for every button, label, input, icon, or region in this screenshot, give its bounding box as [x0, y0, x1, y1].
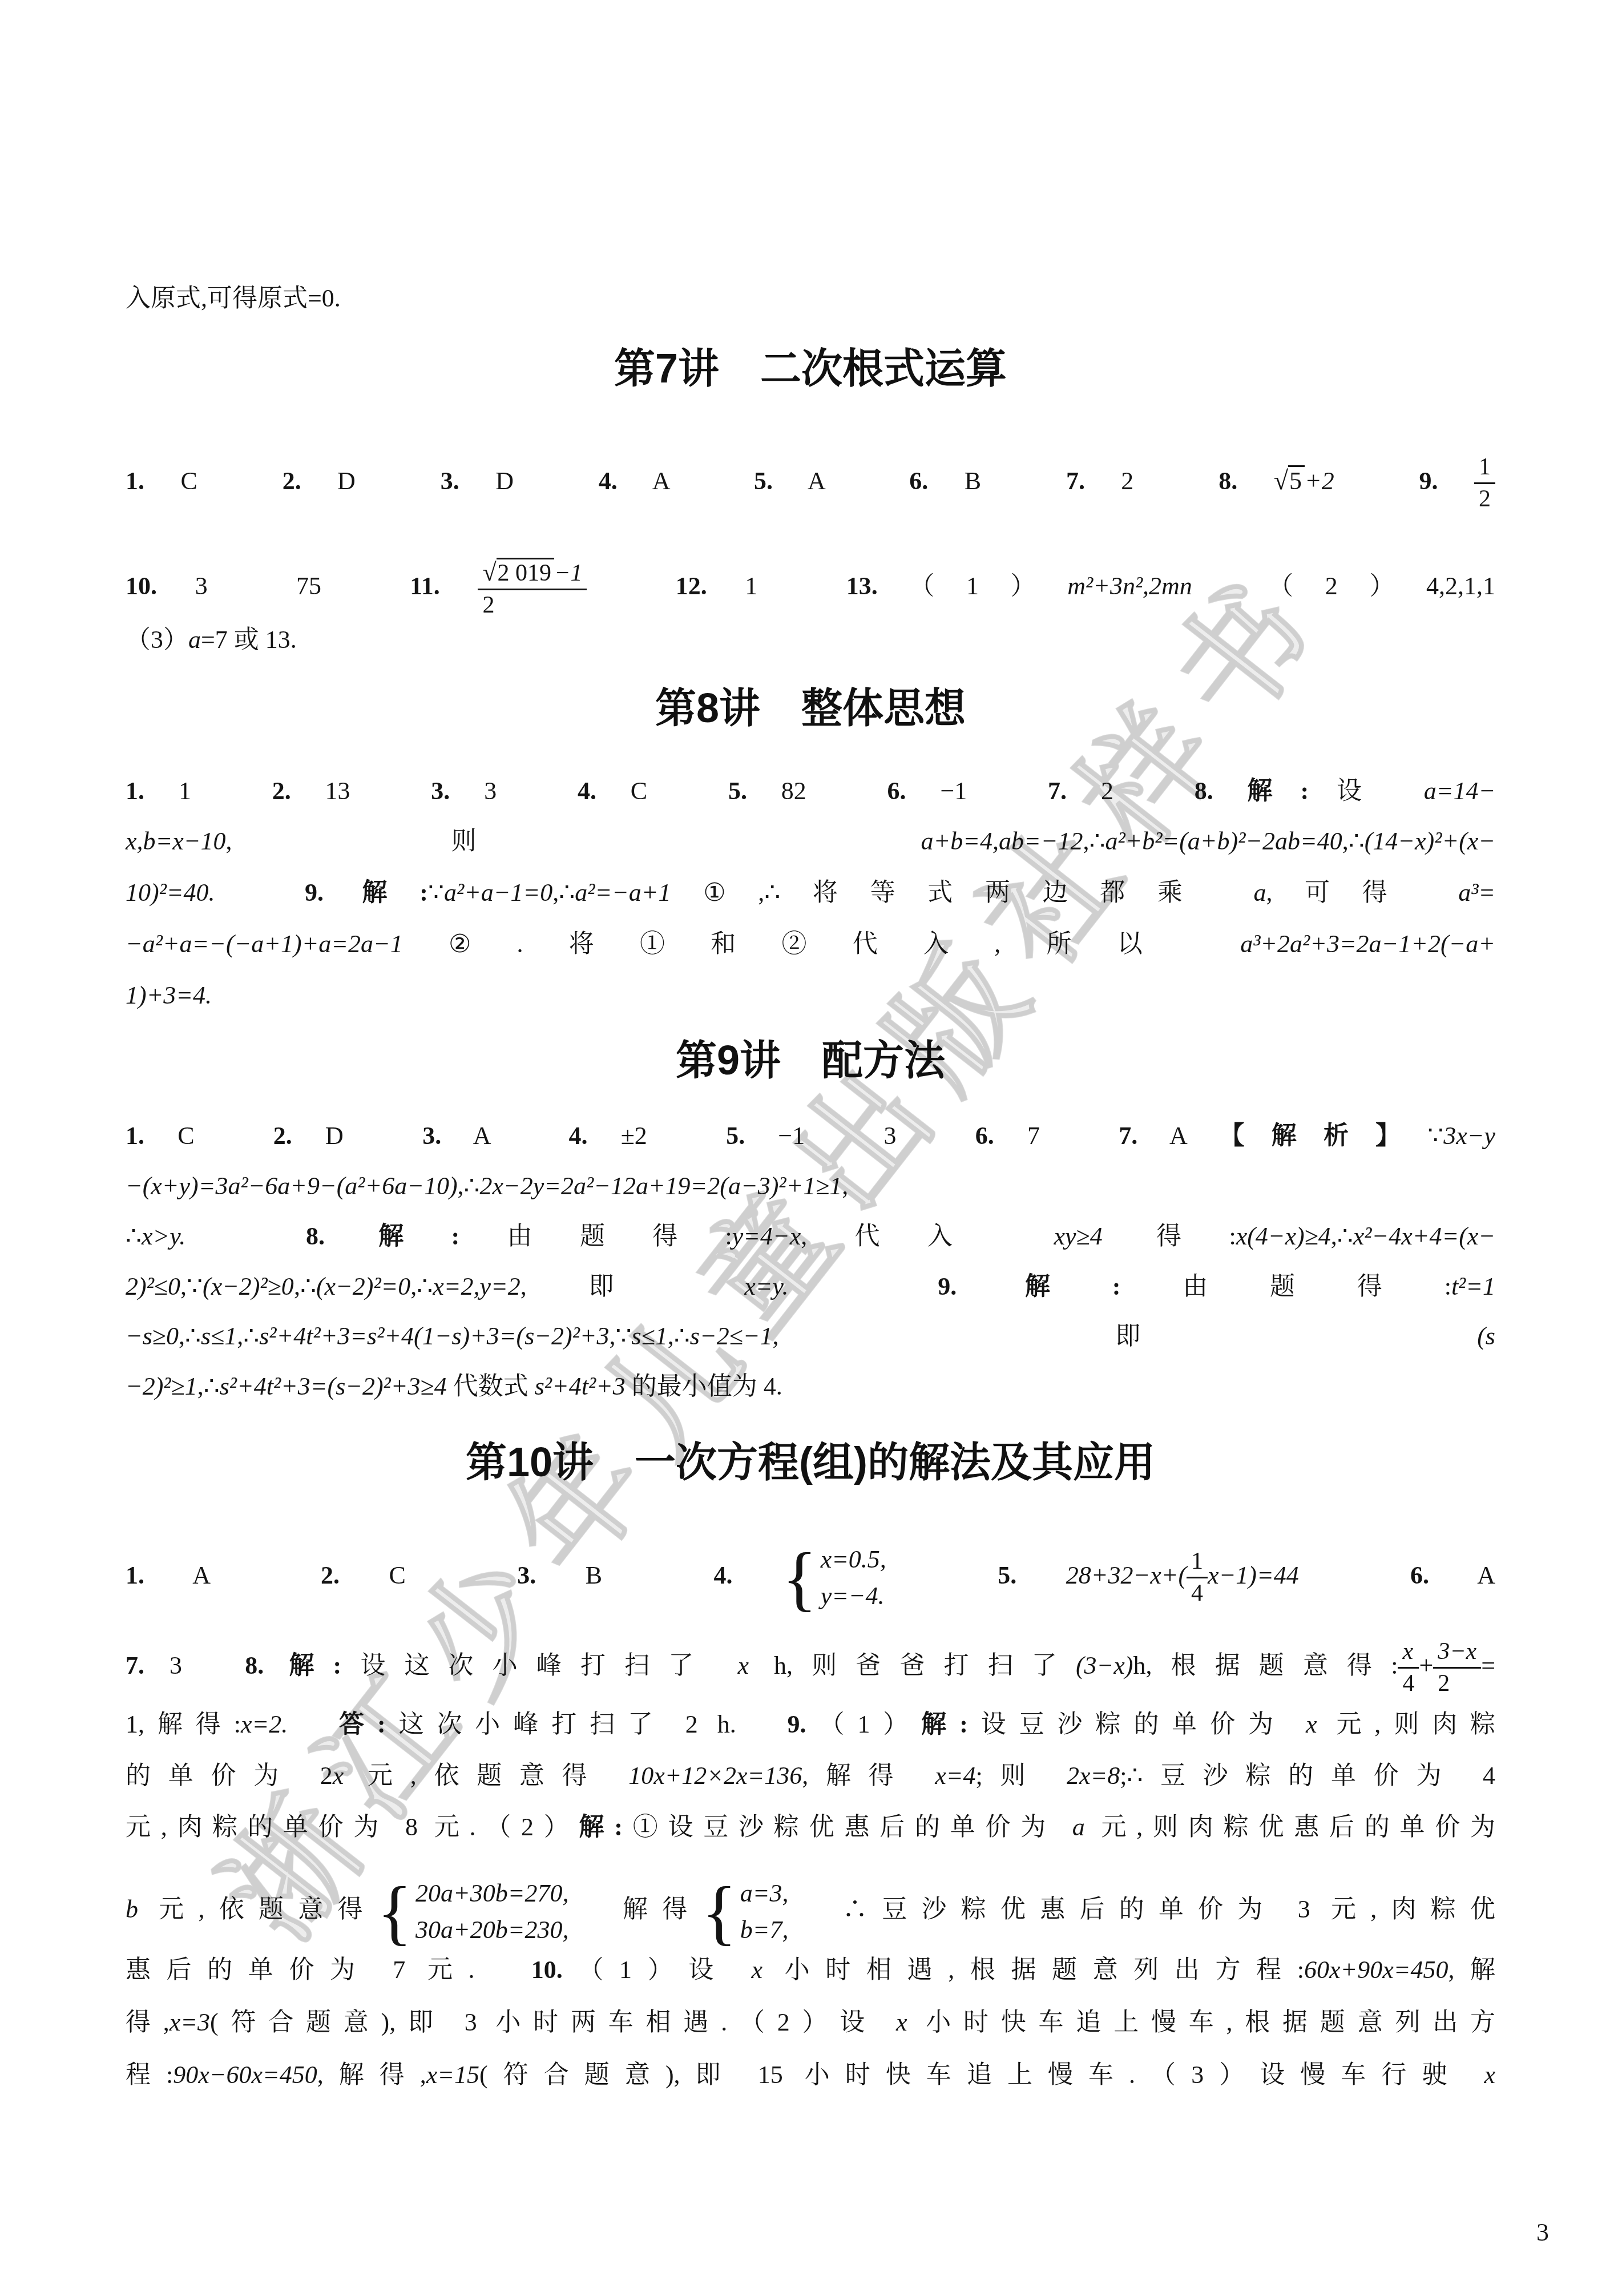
text-segment: +	[1419, 1651, 1433, 1679]
math-segment: a+b=4,ab=−12	[921, 827, 1083, 855]
text-segment	[288, 1710, 339, 1738]
text-segment	[789, 1272, 938, 1300]
math-segment: x	[896, 2008, 907, 2036]
math-segment: (3−x)	[1076, 1651, 1133, 1679]
math-segment: +2	[1305, 467, 1334, 495]
text-segment: 13	[291, 777, 431, 805]
text-segment	[957, 1272, 1025, 1300]
system-row: x=0.5,	[821, 1541, 886, 1578]
text-segment: 1	[144, 777, 272, 805]
text-segment: ±2	[588, 1122, 727, 1150]
text-line: （3）a=7 或 13.	[126, 622, 1495, 658]
bold-label: 3.	[441, 467, 459, 495]
text-line: b 元,依题意得{20a+30b=270,30a+20b=230, 解得{a=3…	[126, 1875, 1495, 1948]
text-line: 2)²≤0,∵(x−2)²≥0,∴(x−2)²=0,∴x=2,y=2,即 x=y…	[126, 1269, 1495, 1304]
system-rows: a=3,b=7,	[740, 1875, 789, 1948]
text-segment: D	[292, 1122, 422, 1150]
bold-label: 解:	[1025, 1272, 1120, 1300]
math-segment: x	[737, 1651, 749, 1679]
math-segment: −2)²≥1	[126, 1372, 197, 1400]
math-segment: x	[1484, 2061, 1495, 2089]
text-segment: 元,则肉粽	[1317, 1710, 1495, 1738]
math-segment: m²+3n²,2mn	[1067, 572, 1192, 600]
math-segment: a²+b²=(a+b)²−2ab=40	[1105, 827, 1342, 855]
bold-label: 6.	[909, 467, 928, 495]
fraction-denominator: 4	[1398, 1669, 1419, 1697]
math-segment: (x−2)²=0	[316, 1272, 410, 1300]
text-segment: ②.将①和②代入,所以	[403, 930, 1240, 958]
math-segment: x=y.	[744, 1272, 788, 1300]
text-line: 1. C 2. D 3. A 4. ±2 5. −1 3 6. 7 7. A 【…	[126, 1118, 1495, 1154]
bold-label: 解:	[579, 1813, 623, 1841]
text-segment: (符合题意),即 15 小时快车追上慢车.（3）设慢车行驶	[479, 2061, 1484, 2089]
text-segment: ;则	[975, 1762, 1066, 1790]
text-segment: 这次小峰打扫了 2 h.	[386, 1710, 788, 1738]
bold-label: 2.	[273, 1122, 292, 1150]
bold-label: 解:	[362, 879, 428, 907]
fraction: 12	[1474, 454, 1495, 513]
text-segment: 1	[1479, 454, 1491, 480]
equation-system: {x=0.5,y=−4.	[782, 1541, 886, 1614]
bold-label: 【解析】	[1220, 1122, 1428, 1150]
math-segment: a²=−a+1	[575, 879, 671, 907]
bold-label: 8.	[1218, 467, 1237, 495]
text-segment: 代数式	[447, 1372, 535, 1400]
math-segment: 1)+3=4.	[126, 981, 212, 1009]
math-segment: x	[1306, 1710, 1317, 1738]
math-segment: 28+32−x+(	[1066, 1561, 1187, 1589]
bold-label: 7.	[1048, 777, 1067, 805]
system-rows: x=0.5,y=−4.	[821, 1541, 886, 1614]
text-segment: ,代入	[801, 1222, 1054, 1250]
math-segment: x>y.	[142, 1222, 185, 1250]
text-segment	[324, 879, 362, 907]
text-segment: A	[1137, 1122, 1219, 1150]
fraction: x4	[1398, 1638, 1419, 1697]
text-segment: ,	[842, 1172, 848, 1200]
text-segment: （1）	[806, 1710, 922, 1738]
text-segment: ,即	[773, 1322, 1478, 1350]
left-brace-icon: {	[782, 1549, 817, 1607]
text-segment: ,∴	[197, 1372, 220, 1400]
text-segment: 入原式,可得原式=0.	[126, 284, 341, 312]
text-line: 元,肉粽的单价为 8 元.（2）解:①设豆沙粽优惠后的单价为 a 元,则肉粽优惠…	[126, 1810, 1495, 1845]
text-segment: A	[618, 467, 754, 495]
bold-label: 9.	[1419, 467, 1438, 495]
math-segment: a³+2a²+3=2a−1+2(−a+	[1240, 930, 1495, 958]
fraction-numerator: 3−x	[1433, 1638, 1481, 1669]
text-segment: ,∴	[237, 1322, 259, 1350]
math-segment: x(4−x)≥4	[1236, 1222, 1331, 1250]
math-segment: a	[188, 626, 201, 654]
math-segment: s≤1	[632, 1322, 668, 1350]
text-segment: ,∴	[1342, 827, 1365, 855]
text-segment: ∵	[1427, 1122, 1443, 1150]
text-segment: 4	[1402, 1670, 1414, 1697]
bold-label: 8.	[306, 1222, 325, 1250]
text-segment	[587, 572, 675, 600]
sqrt-radical: √2 019	[482, 560, 554, 586]
text-line: 1)+3=4.	[126, 978, 1495, 1013]
bold-label: 解:	[1248, 777, 1309, 805]
section-heading: 第9讲 配方法	[126, 1034, 1495, 1087]
system-row: y=−4.	[821, 1578, 886, 1614]
system-row: 20a+30b=270,	[415, 1875, 568, 1912]
text-segment: 7	[994, 1122, 1119, 1150]
text-segment: ,∴	[294, 1272, 316, 1300]
bold-label: 8.	[245, 1651, 264, 1679]
text-line: 1. 1 2. 13 3. 3 4. C 5. 82 6. −1 7. 2 8.…	[126, 774, 1495, 809]
system-row: a=3,	[740, 1875, 789, 1912]
math-segment: b	[126, 1895, 138, 1923]
text-line: 惠后的单价为 7 元. 10.（1）设 x 小时相遇,根据题意列出方程:60x+…	[126, 1952, 1495, 1988]
text-segment: （3）	[126, 626, 188, 654]
section-heading: 第8讲 整体思想	[126, 682, 1495, 735]
system-row: b=7,	[740, 1912, 789, 1948]
text-line: −(x+y)=3a²−6a+9−(a²+6a−10),∴2x−2y=2a²−12…	[126, 1169, 1495, 1204]
text-segment: ,解得,	[317, 2061, 426, 2089]
text-segment: h,则爸爸打扫了	[749, 1651, 1076, 1679]
text-segment: ,∴	[552, 879, 575, 907]
radical-sign-icon: √	[482, 558, 496, 586]
math-segment: a=14−	[1424, 777, 1495, 805]
text-segment: （1）	[878, 572, 1068, 600]
text-line: ∴x>y. 8. 解:由题得:y=4−x,代入 xy≥4 得:x(4−x)≥4,…	[126, 1219, 1495, 1254]
math-segment: x=2,y=2	[433, 1272, 520, 1300]
text-line: −s≥0,∴s≤1,∴s²+4t²+3=s²+4(1−s)+3=(s−2)²+3…	[126, 1319, 1495, 1354]
radicand: 2 019	[497, 558, 555, 587]
text-segment: 2	[1479, 486, 1491, 512]
math-segment: (x−2)²≥0	[203, 1272, 294, 1300]
text-segment: ,∴	[668, 1322, 690, 1350]
math-segment: 3−x	[1438, 1638, 1476, 1665]
math-segment: s²+4t²+3=(s−2)²+3≥4	[220, 1372, 447, 1400]
text-segment	[1334, 467, 1419, 495]
bold-label: 5.	[726, 1122, 745, 1150]
text-segment: 解得	[568, 1895, 701, 1923]
text-segment: 元,依题意得	[344, 1762, 628, 1790]
text-segment	[886, 1561, 998, 1589]
math-segment: y=−4.	[821, 1582, 885, 1610]
math-segment: y=4−x	[732, 1222, 801, 1250]
math-segment: x=2.	[241, 1710, 288, 1738]
text-segment: （1）设	[563, 1956, 752, 1984]
text-segment: ,即	[521, 1272, 744, 1300]
text-segment	[1213, 777, 1248, 805]
math-segment: −1	[554, 560, 582, 586]
text-segment: ∴	[126, 1222, 142, 1250]
text-segment: 设	[1309, 777, 1424, 805]
bold-label: 11.	[410, 572, 440, 600]
bold-label: 9.	[305, 879, 324, 907]
math-segment: s²+4t²+3	[535, 1372, 626, 1400]
text-line: 得,x=3(符合题意),即 3 小时两车相遇.（2）设 x 小时快车追上慢车,根…	[126, 2005, 1495, 2040]
bold-label: 6.	[1410, 1561, 1429, 1589]
fraction-numerator: 1	[1474, 454, 1495, 484]
math-segment: x	[752, 1956, 763, 1984]
radical-sign-icon: √	[1274, 466, 1288, 495]
text-segment: ∵	[428, 879, 444, 907]
text-segment: A	[1429, 1561, 1495, 1589]
text-segment	[215, 879, 305, 907]
math-segment: 2x−2y=2a²−12a+19=2(a−3)²+1≥1	[480, 1172, 842, 1200]
text-segment: ,解得	[802, 1762, 935, 1790]
bold-label: 2.	[283, 467, 301, 495]
text-segment	[1237, 467, 1273, 495]
bold-label: 3.	[517, 1561, 536, 1589]
text-segment: D	[459, 467, 599, 495]
text-segment: C	[144, 1122, 273, 1150]
text-segment: 4	[1191, 1580, 1203, 1606]
text-segment: =7 或 13.	[201, 626, 297, 654]
bold-label: 1.	[126, 777, 144, 805]
text-segment: 1	[707, 572, 846, 600]
bold-label: 12.	[676, 572, 707, 600]
text-segment	[264, 1651, 289, 1679]
bold-label: 4.	[714, 1561, 733, 1589]
text-segment: =	[1481, 1651, 1495, 1679]
text-segment: B	[928, 467, 1066, 495]
text-line: 1,解得:x=2. 答:这次小峰打扫了 2 h. 9.（1）解:设豆沙粽的单价为…	[126, 1707, 1495, 1742]
text-segment: 设豆沙粽的单价为	[968, 1710, 1306, 1738]
text-segment	[185, 1222, 306, 1250]
text-segment: 2	[1438, 1670, 1450, 1697]
math-segment: −s≥0	[126, 1322, 179, 1350]
answer-key-page: 浙江少年儿童出版社样书 入原式,可得原式=0.第7讲 二次根式运算1. C 2.…	[0, 0, 1622, 2296]
text-segment: 得,	[126, 2008, 170, 2036]
bold-label: 1.	[126, 1561, 144, 1589]
math-segment: (s	[1477, 1322, 1495, 1350]
text-segment	[1299, 1561, 1410, 1589]
text-segment: 2	[482, 592, 494, 618]
math-segment: x−1)=44	[1208, 1561, 1299, 1589]
math-segment: 20a+30b=270,	[415, 1879, 568, 1907]
fraction-numerator: √2 019−1	[478, 558, 587, 590]
math-segment: x	[333, 1762, 344, 1790]
text-segment: (符合题意),即 3 小时两车相遇.（2）设	[210, 2008, 896, 2036]
math-segment: b=7,	[740, 1916, 789, 1944]
math-segment: 2)²≤0	[126, 1272, 180, 1300]
bold-label: 1.	[126, 467, 144, 495]
math-segment: −a²+a=−(−a+1)+a=2a−1	[126, 930, 403, 958]
bold-label: 5.	[998, 1561, 1016, 1589]
bold-label: 8.	[1195, 777, 1213, 805]
text-line: −a²+a=−(−a+1)+a=2a−1②.将①和②代入,所以 a³+2a²+3…	[126, 927, 1495, 962]
text-segment: 元,肉粽的单价为 8 元.（2）	[126, 1813, 579, 1841]
sqrt-radical: √5	[1274, 467, 1305, 495]
math-segment: 90x−60x=450	[173, 2061, 317, 2089]
text-segment: C	[340, 1561, 517, 1589]
text-segment: 惠后的单价为 7 元.	[126, 1956, 531, 1984]
bold-label: 3.	[431, 777, 450, 805]
text-segment: ①,∴将等式两边都乘	[671, 879, 1253, 907]
text-segment: 小时快车追上慢车,根据题意列出方	[907, 2008, 1495, 2036]
bold-label: 4.	[599, 467, 618, 495]
text-line: 1. A 2. C 3. B 4. {x=0.5,y=−4. 5. 28+32−…	[126, 1541, 1495, 1614]
section-heading: 第7讲 二次根式运算	[126, 343, 1495, 395]
text-segment: 3 75	[157, 572, 410, 600]
math-segment: x,b=x−10	[126, 827, 225, 855]
fraction-numerator: x	[1398, 1638, 1419, 1669]
math-segment: a	[1253, 879, 1266, 907]
text-segment: ,∴	[179, 1322, 201, 1350]
math-segment: 60x+90x=450	[1304, 1956, 1448, 1984]
fraction-denominator: 2	[478, 590, 587, 619]
text-segment: C	[144, 467, 283, 495]
text-segment: （2）4,2,1,1	[1192, 572, 1495, 600]
left-brace-icon: {	[377, 1883, 412, 1941]
math-segment: x=15	[426, 2061, 479, 2089]
text-segment: D	[301, 467, 441, 495]
text-segment: 3	[450, 777, 578, 805]
text-segment: ,∴	[1083, 827, 1105, 855]
text-segment: 由题得:	[459, 1222, 732, 1250]
text-segment: 2	[1085, 467, 1218, 495]
math-segment: 10)²=40.	[126, 879, 215, 907]
text-segment: A	[773, 467, 909, 495]
bold-label: 7.	[126, 1651, 144, 1679]
text-segment: ,可得	[1266, 879, 1458, 907]
math-segment: 3x−y	[1443, 1122, 1495, 1150]
page-number: 3	[1536, 2218, 1549, 2247]
math-segment: x=0.5,	[821, 1545, 886, 1573]
text-segment: ,∵	[180, 1272, 203, 1300]
text-segment: ∴豆沙粽优惠后的单价为 3 元,肉粽优	[789, 1895, 1495, 1923]
bold-label: 2.	[272, 777, 291, 805]
math-segment: a³=	[1458, 879, 1495, 907]
bold-label: 5.	[754, 467, 773, 495]
text-segment	[1438, 467, 1474, 495]
bold-label: 9.	[788, 1710, 806, 1738]
radicand: 5	[1288, 465, 1305, 496]
text-segment: 1	[1191, 1548, 1203, 1574]
math-segment: t²=1	[1451, 1272, 1495, 1300]
bold-label: 解:	[378, 1222, 459, 1250]
text-segment: A	[441, 1122, 568, 1150]
text-segment: 2	[1067, 777, 1195, 805]
text-line: 7. 3 8. 解:设这次小峰打扫了 x h,则爸爸打扫了(3−x)h,根据题意…	[126, 1638, 1495, 1697]
bold-label: 7.	[1066, 467, 1085, 495]
text-line: 的单价为 2x 元,依题意得 10x+12×2x=136,解得 x=4;则 2x…	[126, 1758, 1495, 1794]
equation-system: {20a+30b=270,30a+20b=230,	[377, 1875, 569, 1948]
bold-label: 解:	[289, 1651, 341, 1679]
text-line: 入原式,可得原式=0.	[126, 281, 1495, 316]
text-segment: 82	[747, 777, 887, 805]
bold-label: 答:	[339, 1710, 386, 1738]
bold-label: 5.	[728, 777, 747, 805]
text-segment: ,∴	[410, 1272, 433, 1300]
fraction: 3−x2	[1433, 1638, 1481, 1697]
text-segment	[325, 1222, 378, 1250]
text-segment: 小时相遇,根据题意列出方程:	[762, 1956, 1304, 1984]
text-segment: ,∴	[1331, 1222, 1353, 1250]
bold-label: 2.	[321, 1561, 340, 1589]
math-segment: x²−4x+4=(x−	[1353, 1222, 1495, 1250]
fraction-denominator: 4	[1187, 1578, 1208, 1607]
bold-label: 4.	[578, 777, 596, 805]
text-segment: −1 3	[745, 1122, 975, 1150]
math-segment: 2x=8	[1067, 1762, 1120, 1790]
bold-label: 6.	[887, 777, 906, 805]
text-segment: 3	[144, 1651, 245, 1679]
text-segment: ①设豆沙粽优惠后的单价为	[623, 1813, 1072, 1841]
text-segment: B	[536, 1561, 713, 1589]
text-segment: 程:	[126, 2061, 173, 2089]
math-segment: a	[1072, 1813, 1085, 1841]
math-segment: 10x+12×2x=136	[628, 1762, 802, 1790]
text-segment: 的最小值为 4.	[626, 1372, 782, 1400]
math-segment: xy≥4	[1054, 1222, 1103, 1250]
text-segment: h,根据题意得:	[1133, 1651, 1398, 1679]
text-segment	[440, 572, 478, 600]
text-segment: 设这次小峰打扫了	[341, 1651, 737, 1679]
text-segment: 1,解得:	[126, 1710, 241, 1738]
text-segment: ,∴	[458, 1172, 480, 1200]
text-segment: 元,则肉粽优惠后的单价为	[1085, 1813, 1495, 1841]
text-segment: A	[144, 1561, 321, 1589]
system-row: 30a+20b=230,	[415, 1912, 568, 1948]
fraction: 14	[1187, 1548, 1208, 1607]
text-segment: C	[596, 777, 728, 805]
bold-label: 13.	[846, 572, 878, 600]
math-segment: x=3	[170, 2008, 210, 2036]
text-segment	[1016, 1561, 1066, 1589]
fraction-numerator: 1	[1187, 1548, 1208, 1578]
system-rows: 20a+30b=270,30a+20b=230,	[415, 1875, 568, 1948]
left-brace-icon: {	[701, 1883, 736, 1941]
text-line: 10)²=40. 9. 解:∵a²+a−1=0,∴a²=−a+1①,∴将等式两边…	[126, 875, 1495, 911]
bold-label: 6.	[975, 1122, 994, 1150]
math-segment: s²+4t²+3=s²+4(1−s)+3=(s−2)²+3	[259, 1322, 609, 1350]
text-line: 10. 3 75 11. √2 019−12 12. 1 13.（1）m²+3n…	[126, 558, 1495, 619]
text-segment: ,∵	[610, 1322, 632, 1350]
bold-label: 解:	[921, 1710, 968, 1738]
text-segment: ,则	[225, 827, 921, 855]
math-segment: a=3,	[740, 1879, 789, 1907]
text-line: 程:90x−60x=450,解得,x=15(符合题意),即 15 小时快车追上慢…	[126, 2057, 1495, 2093]
text-segment: 元,依题意得	[138, 1895, 377, 1923]
text-line: x,b=x−10,则 a+b=4,ab=−12,∴a²+b²=(a+b)²−2a…	[126, 824, 1495, 859]
math-segment: s≤1	[201, 1322, 237, 1350]
text-segment: 的单价为 2	[126, 1762, 333, 1790]
bold-label: 10.	[126, 572, 157, 600]
math-segment: 30a+20b=230,	[415, 1916, 568, 1944]
text-line: 1. C 2. D 3. D 4. A 5. A 6. B 7. 2 8. √5…	[126, 454, 1495, 513]
bold-label: 10.	[531, 1956, 563, 1984]
section-heading: 第10讲 一次方程(组)的解法及其应用	[126, 1436, 1495, 1489]
math-segment: −(x+y)=3a²−6a+9−(a²+6a−10)	[126, 1172, 458, 1200]
bold-label: 4.	[569, 1122, 588, 1150]
text-segment: ;∴豆沙粽的单价为 4	[1120, 1762, 1495, 1790]
equation-system: {a=3,b=7,	[701, 1875, 788, 1948]
text-segment: 得:	[1103, 1222, 1236, 1250]
math-segment: x=4	[935, 1762, 975, 1790]
math-segment: a²+a−1=0	[444, 879, 552, 907]
bold-label: 1.	[126, 1122, 144, 1150]
text-line: −2)²≥1,∴s²+4t²+3=(s−2)²+3≥4 代数式 s²+4t²+3…	[126, 1369, 1495, 1404]
bold-label: 9.	[938, 1272, 957, 1300]
text-segment: −1	[906, 777, 1048, 805]
fraction-denominator: 2	[1474, 484, 1495, 513]
text-segment: ,解	[1448, 1956, 1495, 1984]
bold-label: 3.	[422, 1122, 441, 1150]
bold-label: 7.	[1119, 1122, 1137, 1150]
text-segment: 由题得:	[1120, 1272, 1451, 1300]
fraction-denominator: 2	[1433, 1669, 1481, 1697]
math-segment: s−2≤−1	[690, 1322, 773, 1350]
math-segment: (14−x)²+(x−	[1365, 827, 1495, 855]
math-segment: x	[1402, 1638, 1413, 1665]
